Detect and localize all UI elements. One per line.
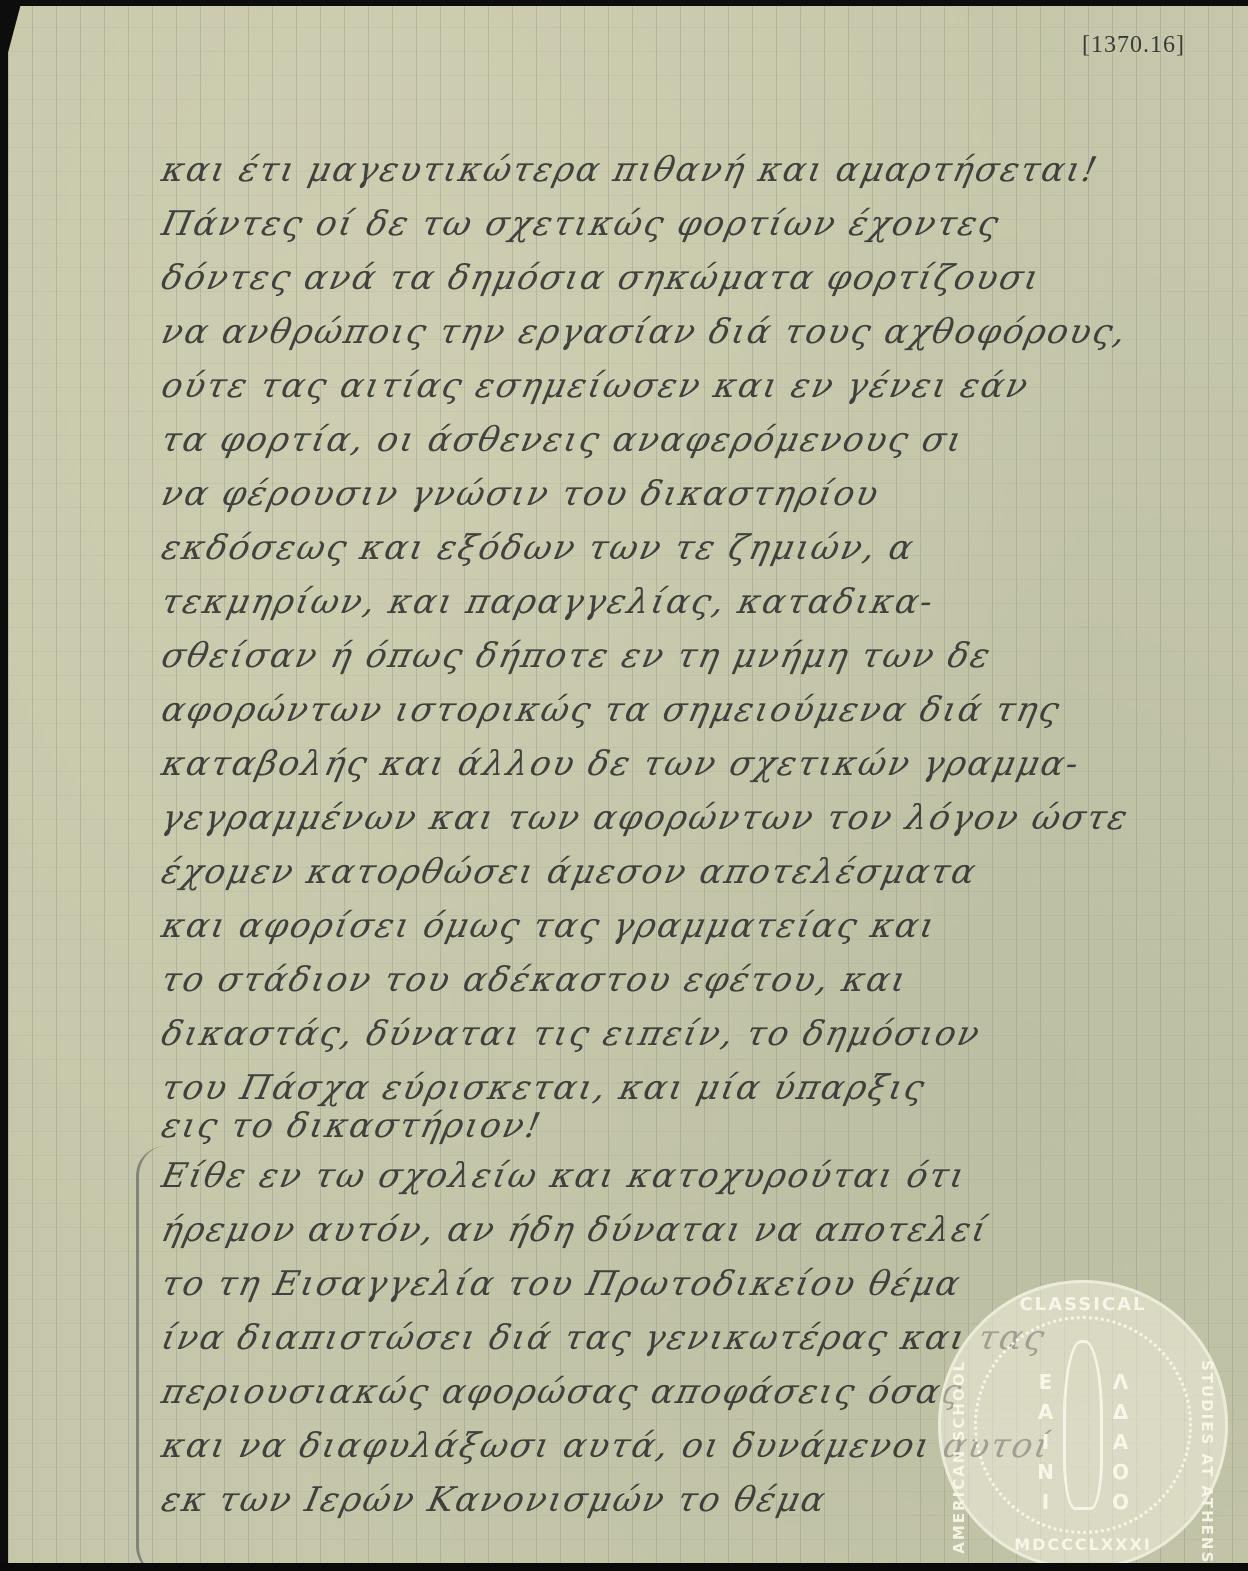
- handwritten-line: Πάντες οί δε τω σχετικώς φορτίων έχοντες: [158, 204, 1242, 244]
- handwritten-line: να φέρουσιν γνώσιν του δικαστηρίου: [158, 474, 1242, 514]
- handwritten-line: γεγραμμένων και των αφορώντων τον λόγον …: [158, 798, 1242, 838]
- handwritten-line: εκδόσεως και εξόδων των τε ζημιών, α: [158, 528, 1242, 568]
- archive-reference: [1370.16]: [1082, 32, 1185, 59]
- handwritten-line: αφορώντων ιστορικώς τα σημειούμενα διά τ…: [158, 690, 1242, 730]
- handwritten-line: τα φορτία, οι άσθενεις αναφερόμενους σι: [158, 420, 1242, 460]
- seal-letter: Ι: [1008, 1430, 1083, 1454]
- handwritten-line: ήρεμον αυτόν, αν ήδη δύναται να αποτελεί: [158, 1210, 1242, 1250]
- seal-letter: Α: [1083, 1430, 1158, 1454]
- seal-letter: Ι: [1008, 1490, 1083, 1514]
- seal-bottom-text: MDCCCLXXXI: [938, 1535, 1228, 1554]
- seal-top-text: CLASSICAL: [938, 1294, 1228, 1315]
- handwritten-line: και αφορίσει όμως τας γραμματείας και: [158, 906, 1242, 946]
- handwritten-line: τεκμηρίων, και παραγγελίας, καταδικα-: [158, 582, 1242, 622]
- seal-letter: Δ: [1083, 1400, 1158, 1424]
- seal-right-text: STUDIES AT ATHENS: [1198, 1360, 1216, 1564]
- handwritten-line: καταβολής και άλλου δε των σχετικών γραμ…: [158, 744, 1242, 784]
- handwritten-line: έχομεν κατορθώσει άμεσον αποτελέσματα: [158, 852, 1242, 892]
- handwritten-line: να ανθρώποις την εργασίαν διά τους αχθοφ…: [158, 312, 1242, 352]
- seal-letter: Ν: [1008, 1460, 1083, 1484]
- scan-border: [0, 1563, 1248, 1571]
- seal-letter: Λ: [1083, 1370, 1158, 1394]
- seal-letter: Ο: [1083, 1490, 1158, 1514]
- embossed-seal: CLASSICAL AMERICAN SCHOOL STUDIES AT ATH…: [938, 1280, 1228, 1570]
- handwritten-line: σθείσαν ή όπως δήποτε εν τη μνήμη των δε: [158, 636, 1242, 676]
- handwritten-line: δικαστάς, δύναται τις ειπείν, το δημόσιο…: [158, 1014, 1242, 1054]
- seal-center-letters: Ε Λ Α Δ Ι Α Ν Ο Ι Ο: [1008, 1370, 1158, 1514]
- handwritten-line: ούτε τας αιτίας εσημείωσεν και εν γένει …: [158, 366, 1242, 406]
- seal-letter: Ε: [1008, 1370, 1083, 1394]
- handwritten-line: το στάδιον του αδέκαστου εφέτου, και: [158, 960, 1242, 1000]
- handwritten-line: και έτι μαγευτικώτερα πιθανή και αμαρτήσ…: [158, 150, 1242, 190]
- seal-letter: Α: [1008, 1400, 1083, 1424]
- seal-left-text: AMERICAN SCHOOL: [950, 1360, 968, 1554]
- margin-bracket: [136, 1146, 179, 1571]
- handwritten-line: εις το δικαστήριον!: [158, 1106, 1242, 1146]
- handwritten-line: Είθε εν τω σχολείω και κατοχυρούται ότι: [158, 1156, 1242, 1196]
- handwritten-line: δόντες ανά τα δημόσια σηκώματα φορτίζουσ…: [158, 258, 1242, 298]
- seal-letter: Ο: [1083, 1460, 1158, 1484]
- handwritten-line: του Πάσχα εύρισκεται, και μία ύπαρξις: [158, 1068, 1242, 1108]
